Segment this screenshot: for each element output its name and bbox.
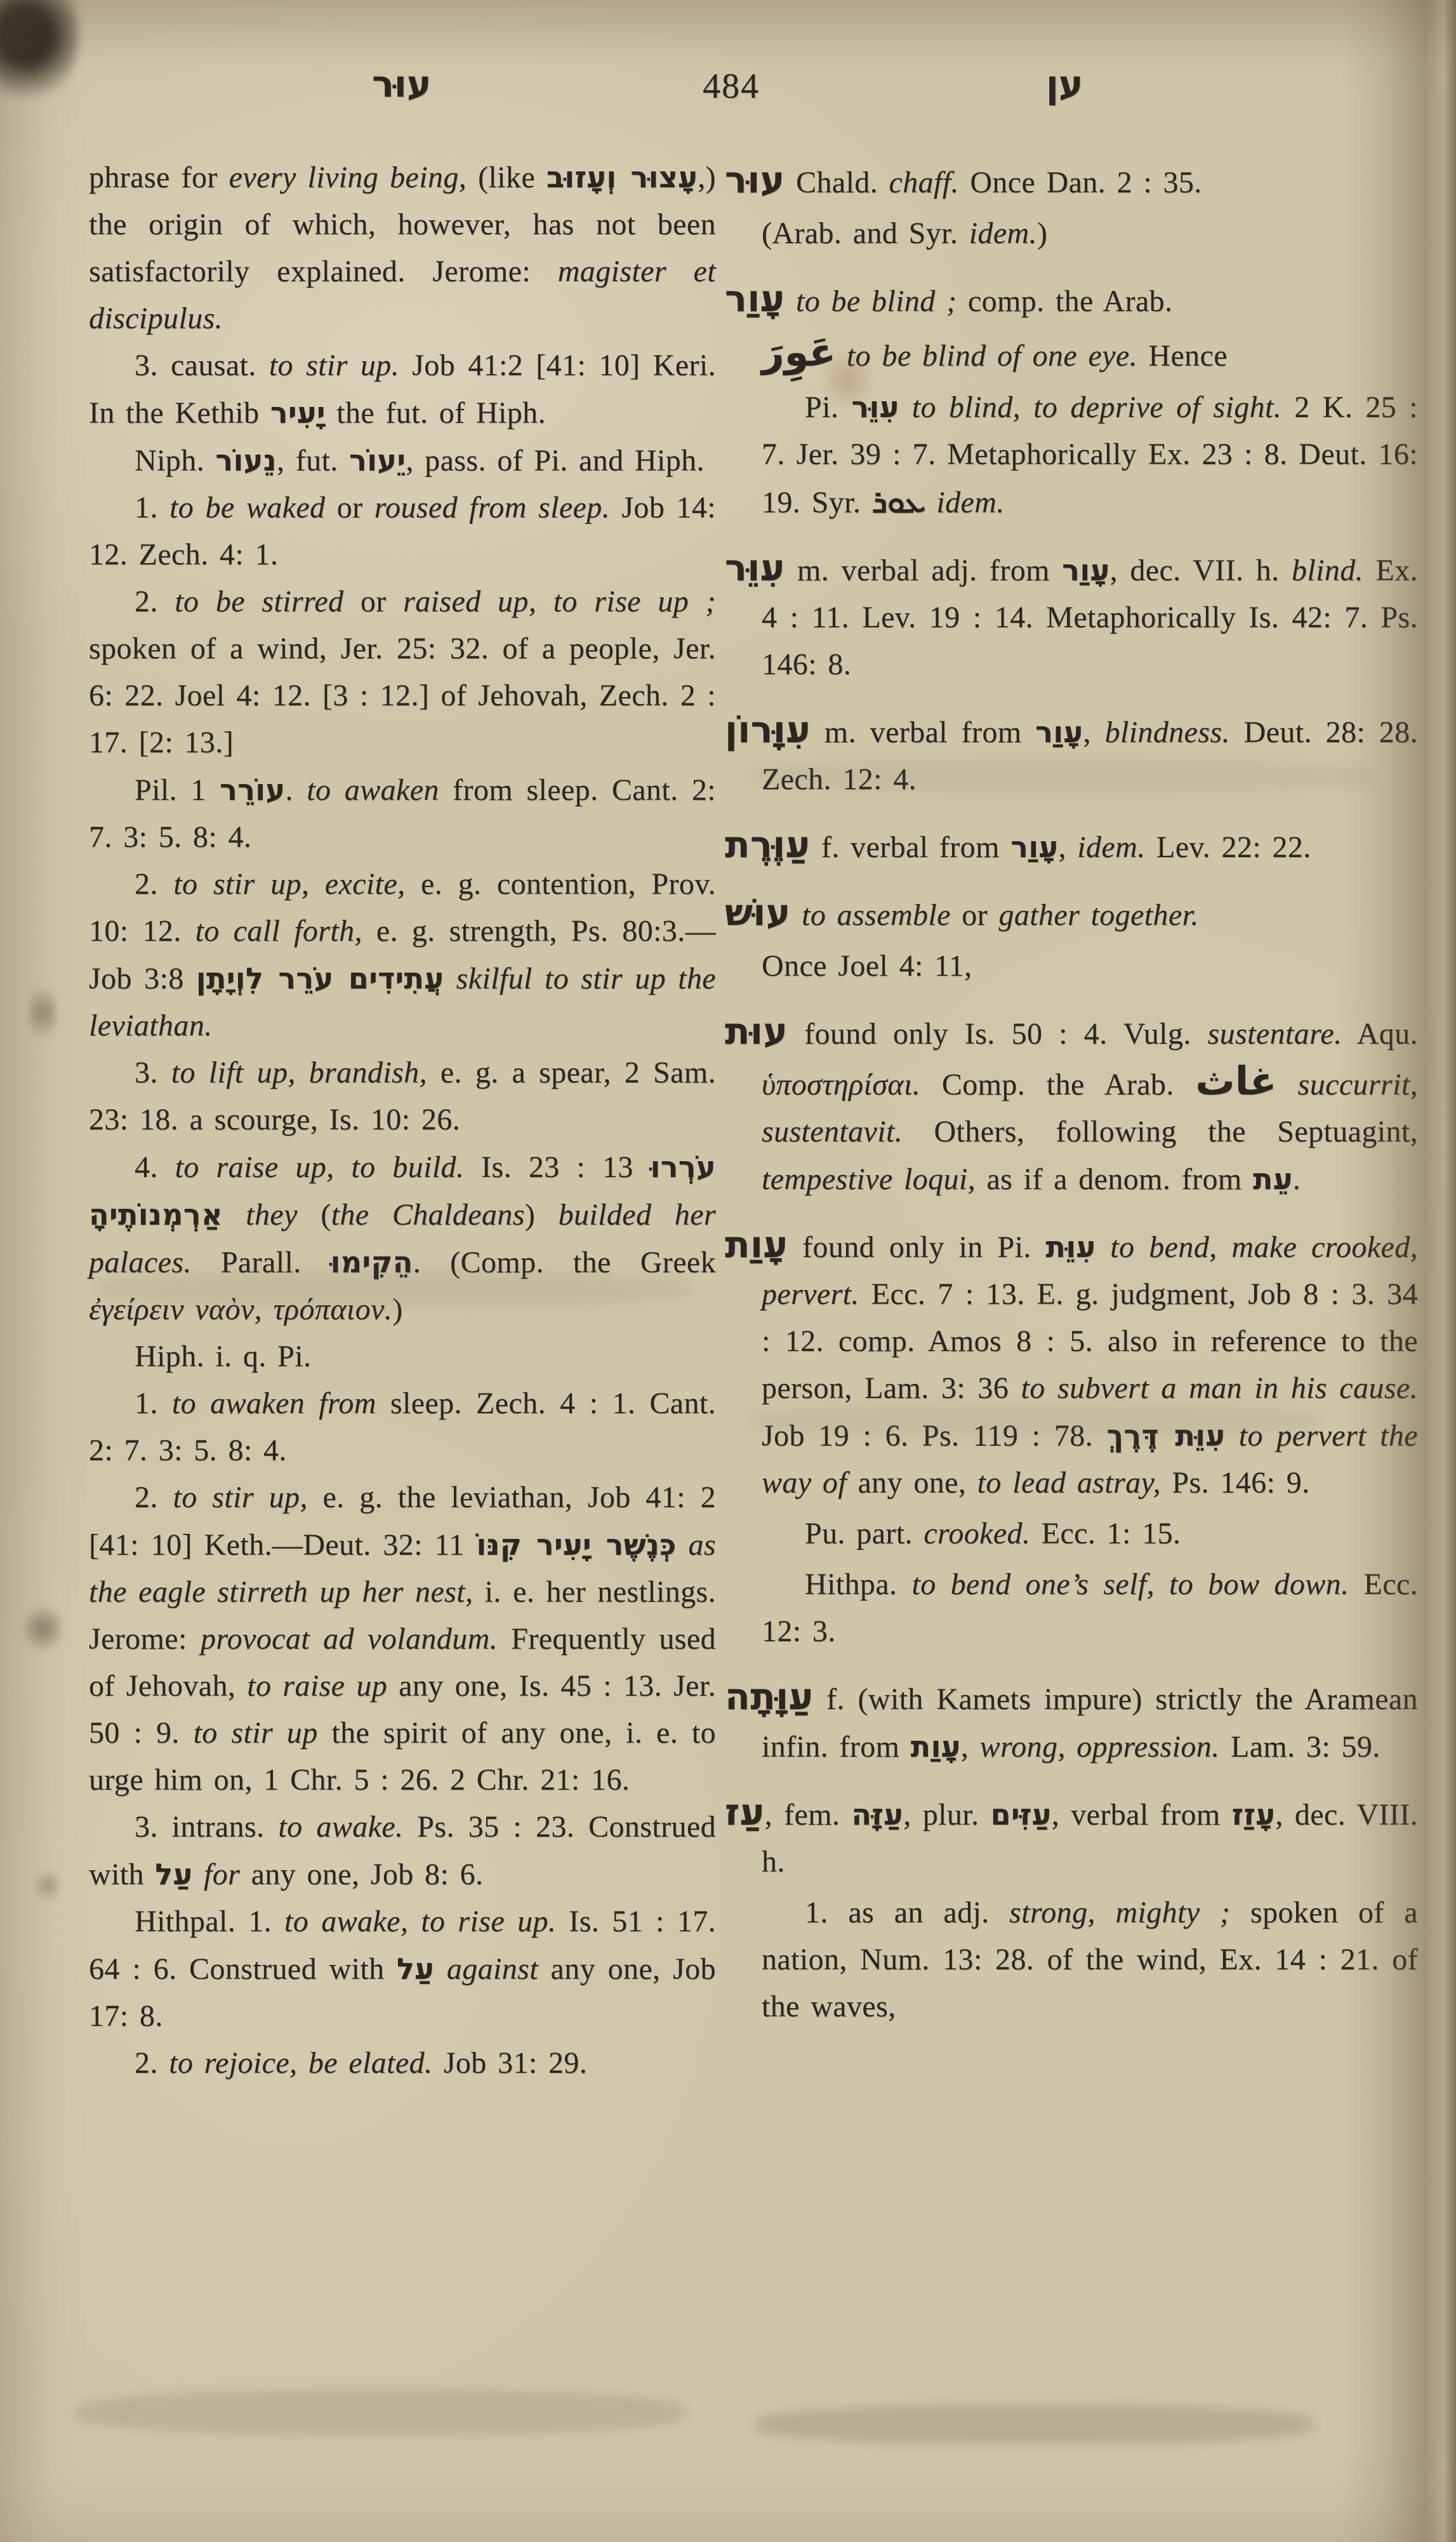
syriac-text: ܥܘܪ — [872, 483, 926, 520]
italic-text: sustentare. — [1208, 1017, 1342, 1051]
italic-text: to stir up. — [269, 349, 399, 382]
ink-showthrough — [755, 2405, 1314, 2444]
paragraph: (Arab. and Syr. idem.) — [762, 210, 1418, 257]
roman-text: Ps. 146: 9. — [1161, 1466, 1310, 1500]
roman-text — [193, 1858, 204, 1891]
hebrew-text: עֲתִידִים עֹרֵר לִוְיָתָן — [196, 961, 444, 995]
column-left: phrase for every living being, (like עָצ… — [89, 154, 716, 2087]
dictionary-entry: עָוַת found only in Pi. עִוֵּת to bend, … — [762, 1221, 1418, 1507]
page-stain — [35, 1867, 60, 1905]
ink-showthrough — [76, 2390, 685, 2435]
roman-text: , — [1058, 830, 1077, 864]
hebrew-headword: עוּת — [725, 1009, 788, 1053]
page-stain — [24, 1600, 62, 1657]
italic-text: for — [204, 1858, 240, 1891]
paragraph: 2. to stir up, e. g. the leviathan, Job … — [89, 1474, 716, 1804]
paragraph: Hithpal. 1. to awake, to rise up. Is. 51… — [89, 1898, 716, 2040]
roman-text: m. verbal adj. from — [785, 554, 1062, 587]
page-stain — [29, 978, 56, 1048]
arabic-text: غاث — [1195, 1058, 1276, 1104]
italic-text: blind. — [1292, 554, 1363, 587]
roman-text: , dec. VII. h. — [1110, 554, 1292, 587]
italic-text: to call forth, — [195, 914, 362, 948]
italic-text: to rejoice, be elated. — [169, 2046, 432, 2080]
hebrew-text: עָוַר — [1010, 830, 1058, 864]
hebrew-text: עַל — [397, 1952, 434, 1986]
roman-text — [1096, 1230, 1111, 1264]
dictionary-entry: עָוַר to be blind ; comp. the Arab. — [762, 275, 1418, 325]
hebrew-text: עִוֵּת דֶּרֶךְ — [1106, 1418, 1225, 1453]
roman-text: spoken of a wind, Jer. 25: 32. of a peop… — [89, 632, 716, 759]
roman-text: 1. — [135, 1387, 172, 1420]
hebrew-headword: עוּשׁ — [725, 891, 791, 934]
page-number: 484 — [674, 66, 788, 107]
italic-text: they — [246, 1198, 298, 1232]
roman-text: , fut. — [277, 444, 349, 477]
roman-text: found only Is. 50 : 4. Vulg. — [788, 1017, 1207, 1051]
dictionary-entry: עַז, fem. עַזָּה, plur. עַזִּים, verbal … — [762, 1788, 1418, 1886]
roman-text: 1. as an adj. — [805, 1896, 1009, 1929]
roman-text — [899, 390, 912, 424]
italic-text: idem. — [936, 486, 1004, 519]
paragraph: Once Joel 4: 11, — [762, 943, 1418, 990]
roman-text: , pass. of Pi. and Hiph. — [406, 444, 705, 477]
roman-text: Once Joel 4: 11, — [762, 949, 972, 983]
italic-text: raised up, to rise up ; — [403, 585, 716, 618]
italic-text: strong, mighty ; — [1009, 1896, 1230, 1929]
roman-text: or — [343, 585, 403, 618]
paragraph: 3. causat. to stir up. Job 41:2 [41: 10]… — [89, 342, 716, 437]
roman-text: or — [951, 898, 999, 932]
paragraph: Niph. נֵעוֹר, fut. יֵעוֹר, pass. of Pi. … — [89, 437, 716, 484]
dictionary-entry: עוּשׁ to assemble or gather together. — [762, 889, 1418, 939]
roman-text: Once Dan. 2 : 35. — [959, 166, 1202, 199]
hebrew-headword: עִוָּרוֹן — [725, 708, 811, 751]
hebrew-text: עָצוּר וְעָזוּב — [546, 160, 698, 194]
dictionary-entry: עִוָּרוֹן m. verbal from עָוַר, blindnes… — [762, 706, 1418, 803]
italic-text: to be blind ; — [796, 284, 957, 318]
italic-text: wrong, oppression. — [980, 1730, 1220, 1764]
roman-text: any one, Job 8: 6. — [240, 1858, 483, 1891]
paragraph: 3. to lift up, brandish, e. g. a spear, … — [89, 1049, 716, 1143]
roman-text: 3. — [135, 1056, 171, 1089]
dictionary-entry: עוּת found only Is. 50 : 4. Vulg. susten… — [762, 1008, 1418, 1203]
hebrew-headword: עָוַר — [725, 277, 785, 320]
italic-text: to awake, to rise up. — [284, 1905, 556, 1938]
italic-text: provocat ad volandum. — [201, 1622, 498, 1656]
roman-text: ) — [525, 1198, 559, 1232]
italic-text: crooked. — [923, 1517, 1030, 1550]
italic-text: to assemble — [802, 898, 951, 932]
roman-text: Hithpal. 1. — [135, 1905, 284, 1938]
roman-text — [223, 1198, 246, 1232]
roman-text: Pil. — [135, 773, 190, 807]
paragraph: Pil. עוֹרֵר 1. to awaken from sleep. Can… — [89, 766, 716, 861]
italic-text: to stir up, excite, — [173, 867, 405, 901]
roman-text — [444, 962, 456, 995]
roman-text — [791, 898, 802, 932]
hebrew-text: נֵעוֹר — [215, 443, 277, 477]
roman-text: Is. 23 : 13 — [464, 1150, 650, 1184]
hebrew-headword: עַוָּתָה — [725, 1675, 814, 1718]
roman-text: , fem. — [765, 1798, 852, 1832]
hebrew-text: עָוַת — [911, 1729, 961, 1764]
paragraph: 2. to rejoice, be elated. Job 31: 29. — [89, 2040, 716, 2087]
roman-text: Job 31: 29. — [432, 2046, 587, 2080]
arabic-text: عَوِرَ — [762, 329, 836, 375]
roman-text: 2. — [135, 1481, 173, 1514]
roman-text: Ecc. 1: 15. — [1030, 1517, 1181, 1550]
running-head-right: ען — [1046, 62, 1083, 105]
italic-text: roused from sleep. — [374, 491, 610, 524]
paragraph: عَوِرَ to be blind of one eye. Hence — [762, 329, 1418, 380]
paragraph: 3. intrans. to awake. Ps. 35 : 23. Const… — [89, 1804, 716, 1898]
italic-text: the Chaldeans — [331, 1198, 525, 1232]
italic-text: to awaken from — [172, 1387, 376, 1420]
roman-text: Comp. the Arab. — [920, 1068, 1195, 1101]
roman-text — [785, 284, 796, 318]
roman-text: , plur. — [903, 1798, 990, 1832]
italic-text: idem. — [969, 216, 1037, 250]
dictionary-entry: עַוֶּרֶת f. verbal from עָוַר, idem. Lev… — [762, 821, 1418, 871]
italic-text: gather together. — [998, 898, 1198, 932]
paragraph: 1. to be waked or roused from sleep. Job… — [89, 484, 716, 578]
italic-text: idem. — [1077, 830, 1145, 864]
italic-text: to raise up — [247, 1669, 387, 1703]
italic-text: chaff. — [889, 166, 959, 199]
roman-text: 4. — [135, 1150, 175, 1184]
hebrew-text: עוֹרֵר — [220, 773, 285, 807]
roman-text: 2. — [135, 2046, 169, 2080]
hebrew-headword: עוּר — [725, 158, 785, 201]
hebrew-text: עִוֵּת — [1046, 1230, 1096, 1264]
roman-text: found only in Pi. — [788, 1230, 1045, 1264]
roman-text: Job 19 : 6. Ps. 119 : 78. — [762, 1419, 1106, 1453]
paragraph: 2. to be stirred or raised up, to rise u… — [89, 578, 716, 766]
hebrew-text: עַל — [155, 1857, 192, 1891]
italic-text: to be blind of one eye. — [847, 339, 1137, 373]
running-head-left: עוּר — [372, 62, 431, 105]
italic-text: against — [447, 1952, 538, 1986]
roman-text: or — [325, 491, 374, 524]
roman-text: the fut. of Hiph. — [326, 396, 546, 430]
roman-text: Pi. — [805, 390, 851, 424]
hebrew-text: עַזִּים — [991, 1797, 1052, 1832]
paragraph: Pi. עִוֵּר to blind, to deprive of sight… — [762, 383, 1418, 526]
roman-text: . — [1293, 1162, 1300, 1196]
hebrew-text: עֵת — [1253, 1162, 1293, 1196]
roman-text — [1225, 1419, 1238, 1453]
paragraph: Hithpa. to bend one’s self, to bow down.… — [762, 1561, 1418, 1655]
paragraph: 2. to stir up, excite, e. g. contention,… — [89, 861, 716, 1049]
roman-text: 1. — [135, 491, 169, 524]
hebrew-text: עָזַז — [1232, 1797, 1276, 1832]
hebrew-headword: עִוֵּר — [725, 546, 785, 589]
roman-text: (Arab. and Syr. — [762, 216, 969, 250]
hebrew-text: עִוֵּר — [851, 390, 899, 424]
italic-text: blindness. — [1105, 715, 1230, 749]
italic-text: tempestive loqui, — [762, 1162, 976, 1196]
roman-text: Others, following the Septuagint, — [903, 1115, 1418, 1148]
italic-text: to stir up, — [173, 1481, 307, 1514]
paragraph: Pu. part. crooked. Ecc. 1: 15. — [762, 1510, 1418, 1557]
hebrew-text: עָוַר — [1035, 715, 1083, 749]
italic-text: to be stirred — [175, 585, 343, 618]
italic-text: to lift up, brandish, — [171, 1056, 427, 1089]
roman-text: Hiph. i. q. Pi. — [135, 1340, 311, 1373]
greek-text: ὑποστηρίσαι. — [762, 1068, 920, 1101]
dictionary-entry: עוּר Chald. chaff. Once Dan. 2 : 35. — [762, 156, 1418, 206]
roman-text: ) — [392, 1293, 402, 1326]
paragraph: 4. to raise up, to build. Is. 23 : 13 עֹ… — [89, 1143, 716, 1333]
roman-text: Lev. 22: 22. — [1146, 830, 1311, 864]
italic-text: to bend one’s self, to bow down. — [911, 1567, 1349, 1601]
roman-text: ) — [1037, 216, 1047, 250]
italic-text: every living being, — [229, 161, 467, 194]
hebrew-headword: עַז — [725, 1790, 765, 1833]
roman-text: m. verbal from — [811, 715, 1035, 749]
roman-text: , — [1083, 715, 1105, 749]
dictionary-entry: עִוֵּר m. verbal adj. from עָוַר, dec. V… — [762, 544, 1418, 688]
paragraph: phrase for every living being, (like עָצ… — [89, 154, 716, 342]
roman-text — [925, 486, 936, 519]
paragraph: Hiph. i. q. Pi. — [89, 1333, 716, 1380]
italic-text: to blind, to deprive of sight. — [912, 390, 1281, 424]
italic-text: to raise up, to build. — [175, 1150, 465, 1184]
scan-corner-shadow — [0, 0, 79, 108]
roman-text: any one, — [847, 1466, 977, 1500]
paragraph: 1. to awaken from sleep. Zech. 4 : 1. Ca… — [89, 1380, 716, 1474]
column-right: עוּר Chald. chaff. Once Dan. 2 : 35.(Ara… — [725, 156, 1418, 2030]
hebrew-headword: עָוַת — [725, 1223, 788, 1266]
roman-text — [1276, 1068, 1297, 1101]
hebrew-text: הֵקִימוּ — [331, 1245, 413, 1279]
roman-text: Aqu. — [1342, 1017, 1418, 1051]
italic-text: to awaken — [307, 773, 439, 807]
paragraph: 1. as an adj. strong, mighty ; spoken of… — [762, 1889, 1418, 2030]
hebrew-text: כְּנֶשֶׁר יָעִיר קִנּוֹ — [476, 1527, 676, 1562]
roman-text: Lam. 3: 59. — [1220, 1730, 1380, 1764]
italic-text: to awake. — [278, 1810, 403, 1844]
roman-text: Pu. part. — [805, 1517, 923, 1550]
hebrew-headword: עַוֶּרֶת — [725, 823, 811, 866]
roman-text: Hithpa. — [805, 1567, 911, 1601]
dictionary-entry: עַוָּתָה f. (with Kamets impure) strictl… — [762, 1673, 1418, 1771]
roman-text: Hence — [1137, 339, 1228, 373]
greek-text: ἐγείρειν ναὸν, τρόπαιον. — [89, 1293, 392, 1326]
roman-text: Parall. — [192, 1246, 331, 1279]
roman-text: 3. causat. — [135, 349, 269, 382]
roman-text: 2. — [135, 867, 173, 901]
hebrew-text: יָעִיר — [270, 396, 326, 430]
roman-text: ( — [298, 1198, 331, 1232]
roman-text: comp. the Arab. — [956, 284, 1172, 318]
hebrew-text: עַזָּה — [851, 1797, 903, 1832]
roman-text: , — [961, 1730, 980, 1764]
hebrew-text: יֵעוֹר — [349, 443, 406, 477]
italic-text: to lead astray, — [977, 1466, 1161, 1500]
roman-text: (like — [467, 161, 546, 194]
roman-text: . (Comp. the Greek — [413, 1246, 716, 1279]
roman-text — [677, 1528, 689, 1562]
roman-text: as if a denom. from — [976, 1162, 1253, 1196]
roman-text: 3. intrans. — [135, 1810, 278, 1844]
roman-text — [836, 339, 847, 373]
roman-text: , verbal from — [1052, 1798, 1232, 1832]
roman-text: Chald. — [785, 166, 889, 199]
roman-text: 2. — [135, 585, 175, 618]
roman-text — [434, 1952, 447, 1986]
roman-text: phrase for — [89, 161, 229, 194]
italic-text: to stir up — [194, 1716, 318, 1750]
scanned-lexicon-page: { "header": { "left_word": "עוּר", "page… — [0, 0, 1456, 2542]
roman-text: Niph. — [135, 444, 215, 477]
italic-text: to subvert a man in his cause. — [1021, 1371, 1418, 1405]
roman-text: f. verbal from — [811, 830, 1011, 864]
italic-text: to be waked — [169, 491, 325, 524]
hebrew-text: עָוַר — [1062, 553, 1109, 587]
